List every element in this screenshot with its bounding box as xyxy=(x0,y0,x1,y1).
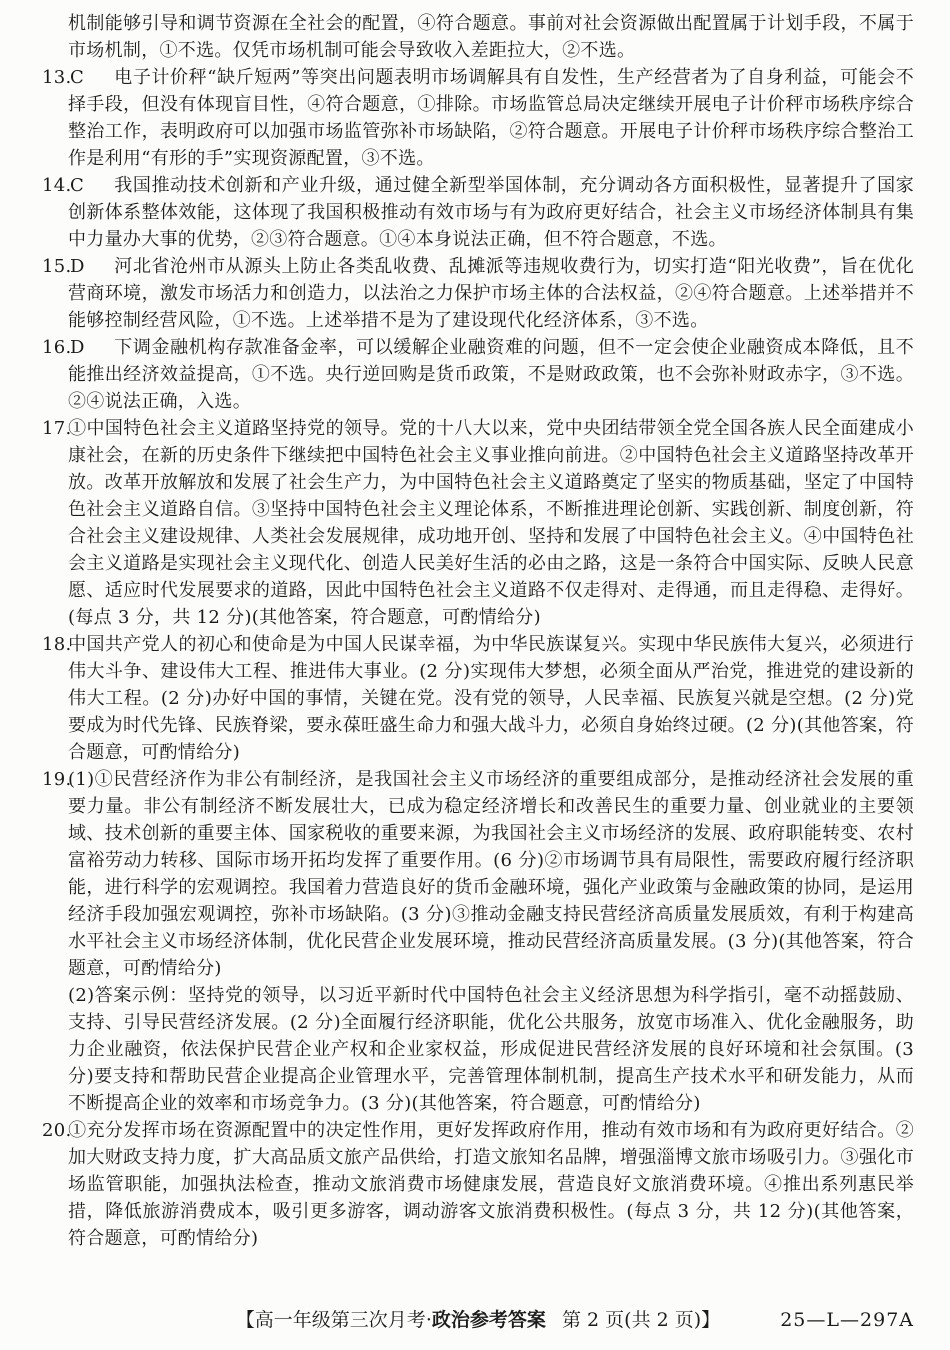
answer-text: ①中国特色社会主义道路坚持党的领导。党的十八大以来，党中央团结带领全党全国各族人… xyxy=(68,418,914,628)
answer-text: 机制能够引导和调节资源在全社会的配置，④符合题意。事前对社会资源做出配置属于计划… xyxy=(68,13,914,61)
continued-answer-paragraph: 机制能够引导和调节资源在全社会的配置，④符合题意。事前对社会资源做出配置属于计划… xyxy=(42,10,914,64)
question-number: 18. xyxy=(42,631,68,658)
answer-item-13: 13.C电子计价秤“缺斤短两”等突出问题表明市场调解具有自发性，生产经营者为了自… xyxy=(42,64,914,172)
answer-letter: D xyxy=(68,253,114,280)
answer-letter: D xyxy=(68,334,114,361)
answer-text-part1: (1)①民营经济作为非公有制经济，是我国社会主义市场经济的重要组成部分，是推动经… xyxy=(68,769,914,979)
question-number: 16. xyxy=(42,334,68,361)
answer-item-18: 18.中国共产党人的初心和使命是为中国人民谋幸福，为中华民族谋复兴。实现中华民族… xyxy=(42,631,914,766)
answer-text: 电子计价秤“缺斤短两”等突出问题表明市场调解具有自发性，生产经营者为了自身利益，… xyxy=(68,67,914,169)
answer-letter: C xyxy=(68,64,114,91)
footer-exam-name: 【高一年级第三次月考 xyxy=(236,1309,426,1331)
answer-item-15: 15.D河北省沧州市从源头上防止各类乱收费、乱摊派等违规收费行为，切实打造“阳光… xyxy=(42,253,914,334)
answer-text: 河北省沧州市从源头上防止各类乱收费、乱摊派等违规收费行为，切实打造“阳光收费”，… xyxy=(68,256,914,331)
answer-item-17: 17.①中国特色社会主义道路坚持党的领导。党的十八大以来，党中央团结带领全党全国… xyxy=(42,415,914,631)
answer-item-14: 14.C我国推动技术创新和产业升级，通过健全新型举国体制，充分调动各方面积极性，… xyxy=(42,172,914,253)
answer-text: 我国推动技术创新和产业升级，通过健全新型举国体制，充分调动各方面积极性，显著提升… xyxy=(68,175,914,250)
footer-page-info: 第 2 页(共 2 页)】 xyxy=(562,1309,720,1331)
answer-text-part2: (2)答案示例：坚持党的领导，以习近平新时代中国特色社会主义经济思想为科学指引，… xyxy=(68,982,914,1117)
answer-key-content: 机制能够引导和调节资源在全社会的配置，④符合题意。事前对社会资源做出配置属于计划… xyxy=(42,10,914,1252)
question-number: 17. xyxy=(42,415,68,442)
answer-letter: C xyxy=(68,172,114,199)
answer-item-20: 20.①充分发挥市场在资源配置中的决定性作用，更好发挥政府作用，推动有效市场和有… xyxy=(42,1117,914,1252)
answer-text: 下调金融机构存款准备金率，可以缓解企业融资难的问题，但不一定会使企业融资成本降低… xyxy=(68,337,914,412)
page-footer: 【高一年级第三次月考·政治参考答案第 2 页(共 2 页)】 25—L—297A xyxy=(42,1305,914,1337)
footer-subject: 政治参考答案 xyxy=(432,1309,546,1331)
answer-item-19: 19.(1)①民营经济作为非公有制经济，是我国社会主义市场经济的重要组成部分，是… xyxy=(42,766,914,1117)
answer-text: ①充分发挥市场在资源配置中的决定性作用，更好发挥政府作用，推动有效市场和有为政府… xyxy=(68,1120,914,1249)
question-number: 13. xyxy=(42,64,68,91)
footer-code: 25—L—297A xyxy=(780,1305,914,1335)
question-number: 19. xyxy=(42,766,68,793)
document-page: 机制能够引导和调节资源在全社会的配置，④符合题意。事前对社会资源做出配置属于计划… xyxy=(0,0,950,1350)
answer-text: 中国共产党人的初心和使命是为中国人民谋幸福，为中华民族谋复兴。实现中华民族伟大复… xyxy=(68,634,914,763)
question-number: 15. xyxy=(42,253,68,280)
question-number: 14. xyxy=(42,172,68,199)
answer-item-16: 16.D下调金融机构存款准备金率，可以缓解企业融资难的问题，但不一定会使企业融资… xyxy=(42,334,914,415)
question-number: 20. xyxy=(42,1117,68,1144)
